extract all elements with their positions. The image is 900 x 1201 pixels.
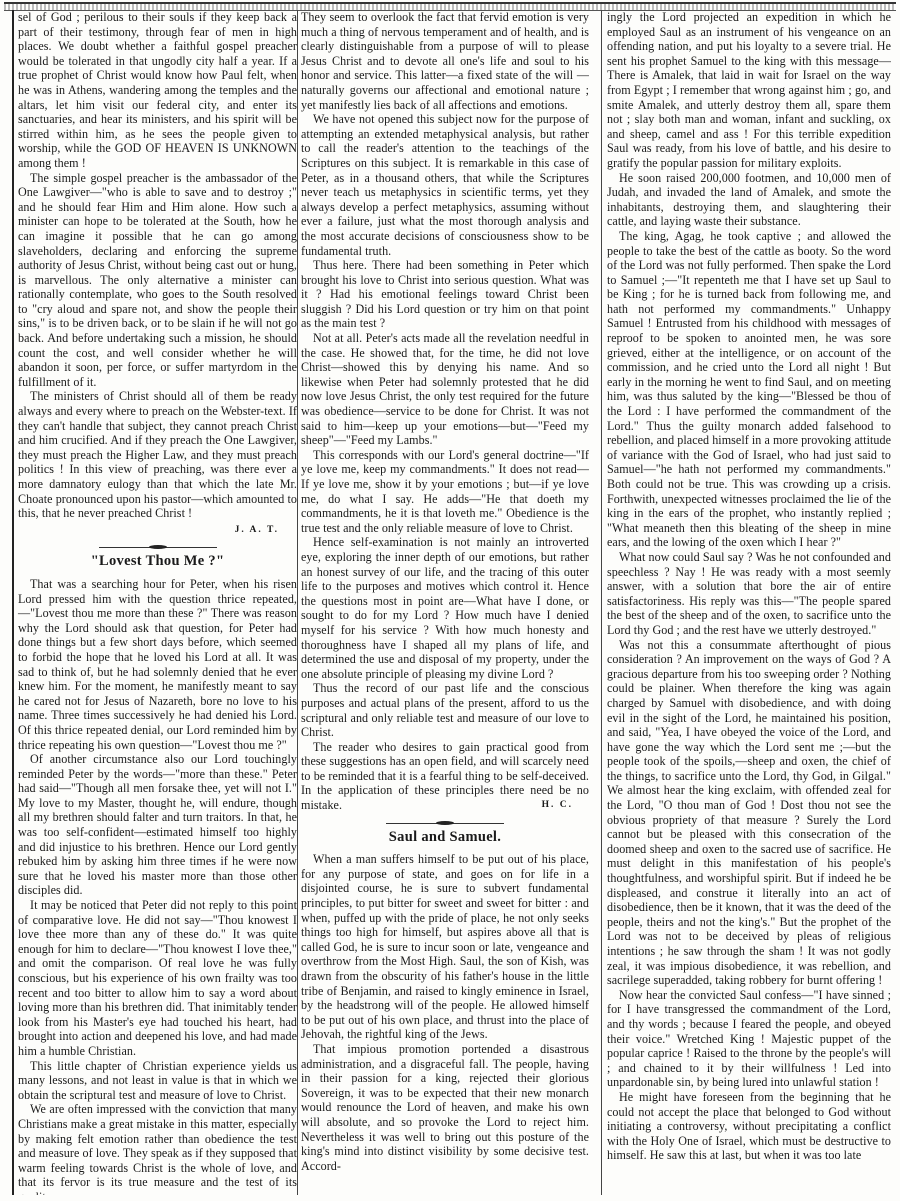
paragraph: He soon raised 200,000 footmen, and 10,0… [607, 171, 891, 229]
section-divider [301, 823, 589, 824]
paragraph: It may be noticed that Peter did not rep… [18, 898, 297, 1059]
paragraph: The king, Agag, he took captive ; and al… [607, 229, 891, 550]
paragraph: That was a searching hour for Peter, whe… [18, 577, 297, 752]
paragraph: That impious promotion portended a disas… [301, 1042, 589, 1173]
section-divider [18, 547, 297, 548]
paragraph: What now could Saul say ? Was he not con… [607, 550, 891, 638]
paragraph: He might have foreseen from the beginnin… [607, 1090, 891, 1163]
article-headline: "Lovest Thou Me ?" [18, 554, 297, 569]
paragraph: This corresponds with our Lord's general… [301, 448, 589, 536]
paragraph: The ministers of Christ should all of th… [18, 389, 297, 520]
paragraph: sel of God ; perilous to their souls if … [18, 10, 297, 171]
column-3: ingly the Lord projected an expedition i… [607, 10, 891, 1195]
article-headline: Saul and Samuel. [301, 830, 589, 845]
column-separator [297, 10, 298, 1195]
author-signature: H. C. [530, 798, 573, 813]
paragraph: We have not opened this subject now for … [301, 112, 589, 258]
paragraph: We are often impressed with the convicti… [18, 1102, 297, 1195]
newspaper-page: sel of God ; perilous to their souls if … [0, 10, 900, 1201]
paragraph: The reader who desires to gain practical… [301, 740, 589, 813]
column-1: sel of God ; perilous to their souls if … [12, 10, 297, 1195]
paragraph: Now hear the convicted Saul confess—"I h… [607, 988, 891, 1090]
paragraph: ingly the Lord projected an expedition i… [607, 10, 891, 171]
paragraph: They seem to overlook the fact that ferv… [301, 10, 589, 112]
paragraph: When a man suffers himself to be put out… [301, 852, 589, 1042]
paragraph: Thus the record of our past life and the… [301, 681, 589, 739]
paragraph: Thus here. There had been something in P… [301, 258, 589, 331]
column-separator [601, 10, 602, 1195]
paragraph: This little chapter of Christian experie… [18, 1059, 297, 1103]
paragraph: Hence self-examination is not mainly an … [301, 535, 589, 681]
paragraph: Was not this a consummate afterthought o… [607, 638, 891, 988]
paragraph: The simple gospel preacher is the ambass… [18, 171, 297, 390]
paragraph: Not at all. Peter's acts made all the re… [301, 331, 589, 448]
paragraph: Of another circumstance also our Lord to… [18, 752, 297, 898]
column-2: They seem to overlook the fact that ferv… [301, 10, 589, 1195]
author-signature: J. A. T. [18, 523, 279, 538]
